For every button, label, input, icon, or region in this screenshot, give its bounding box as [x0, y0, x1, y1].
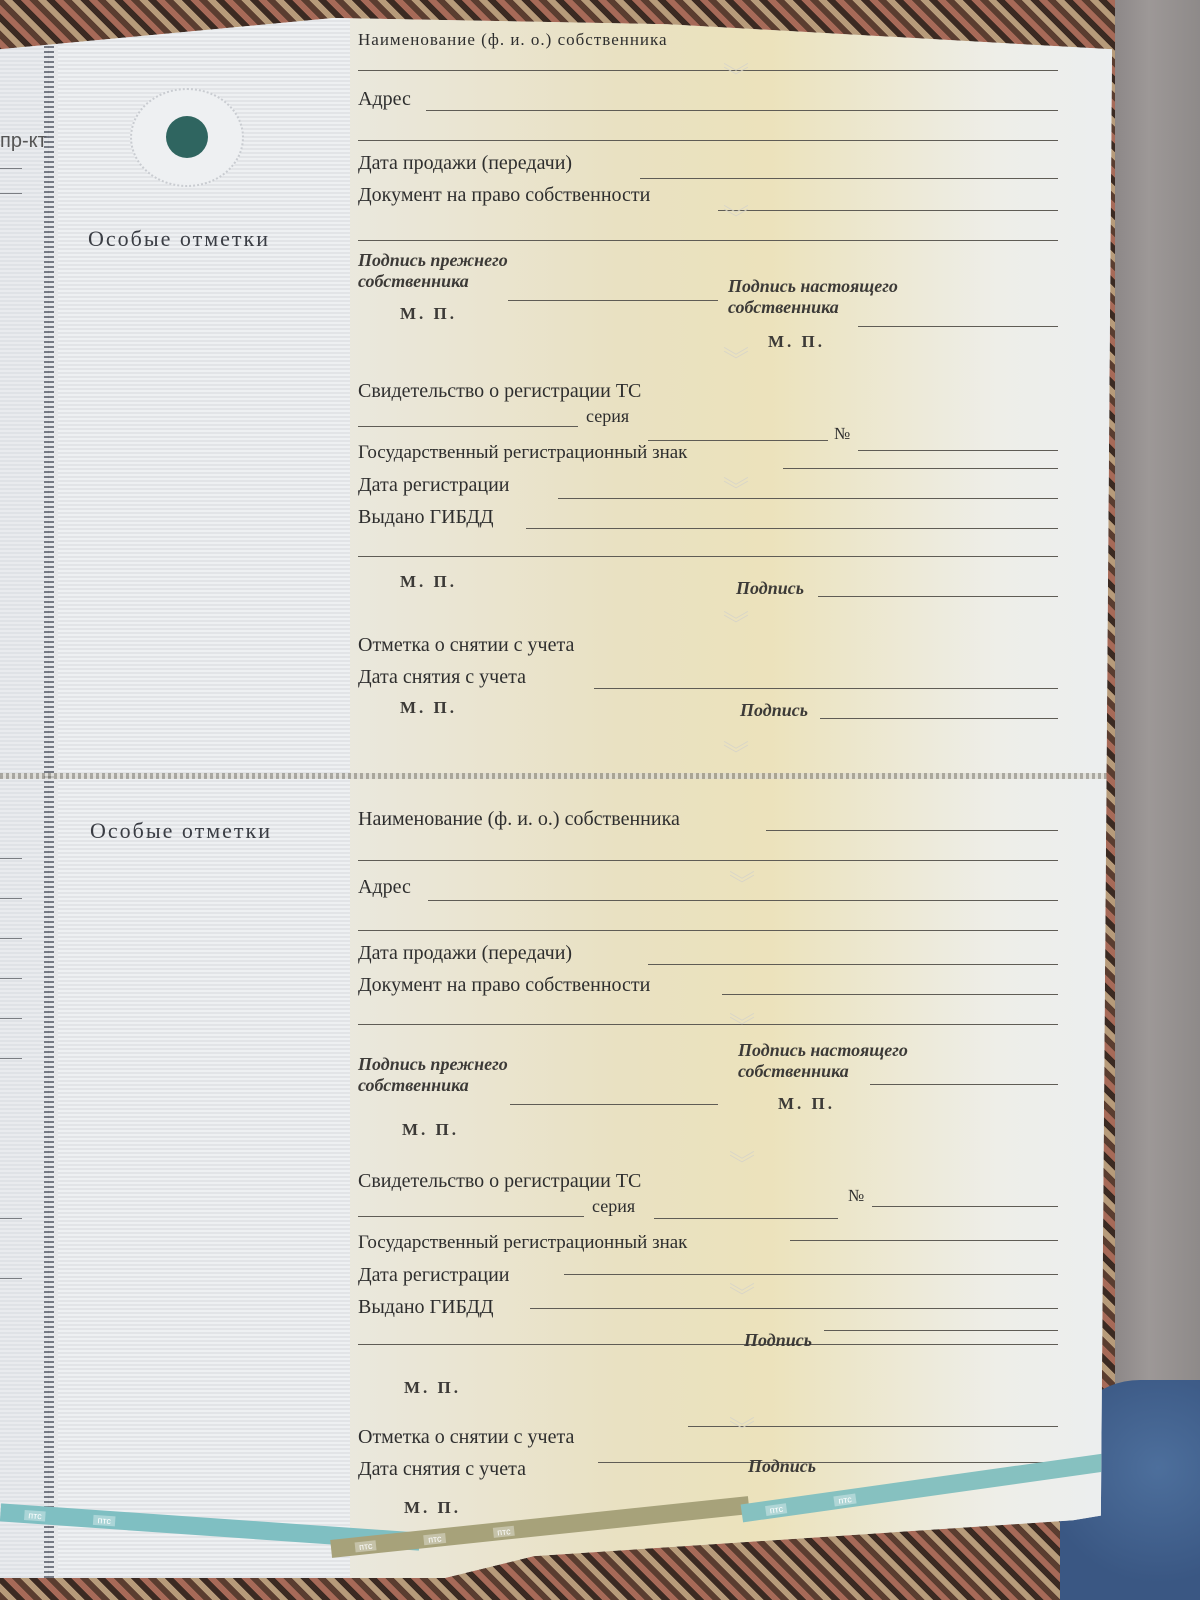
- deregistration-mark-label: Отметка о снятии с учета: [358, 1426, 574, 1448]
- deregistration-date-label: Дата снятия с учета: [358, 666, 526, 688]
- issued-by-field-2[interactable]: [358, 1344, 1058, 1345]
- signature-field[interactable]: [820, 718, 1058, 719]
- stamp-label: М. П.: [768, 332, 825, 352]
- vehicle-passport-page: пр-кт Особые отметки Особые отметки Наим…: [0, 18, 1112, 1578]
- current-owner-signature-label: Подпись настоящегособственника: [728, 276, 898, 318]
- series-field[interactable]: [654, 1218, 838, 1219]
- special-marks-label: Особые отметки: [90, 818, 272, 844]
- owner-name-label: Наименование (ф. и. о.) собственника: [358, 30, 668, 50]
- number-field[interactable]: [858, 450, 1058, 451]
- stamp-label: М. П.: [778, 1094, 835, 1114]
- sale-date-field[interactable]: [648, 964, 1058, 965]
- reg-date-label: Дата регистрации: [358, 1264, 510, 1286]
- deregistration-mark-label: Отметка о снятии с учета: [358, 634, 574, 656]
- owner-name-field[interactable]: [766, 830, 1058, 831]
- stamp-label: М. П.: [400, 304, 457, 324]
- deregistration-date-label: Дата снятия с учета: [358, 1458, 526, 1480]
- chevron-watermark-icon: ︾: [714, 1420, 770, 1442]
- chevron-watermark-icon: ︾: [708, 350, 764, 372]
- series-field[interactable]: [648, 440, 828, 441]
- owner-name-field-2[interactable]: [358, 860, 1058, 861]
- deregistration-date-field[interactable]: [594, 688, 1058, 689]
- number-field[interactable]: [872, 1206, 1058, 1207]
- stamp-label: М. П.: [404, 1378, 461, 1398]
- current-owner-signature-label: Подпись настоящегособственника: [738, 1040, 908, 1082]
- reg-date-field[interactable]: [558, 498, 1058, 499]
- number-label: №: [834, 424, 850, 443]
- ownership-document-label: Документ на право собственности: [358, 184, 650, 207]
- address-field-2[interactable]: [358, 140, 1058, 141]
- chevron-watermark-icon: ︾: [714, 874, 770, 896]
- chevron-watermark-icon: ︾: [708, 744, 764, 766]
- stamp-label: М. П.: [400, 572, 457, 592]
- chevron-watermark-icon: ︾: [708, 614, 764, 636]
- special-marks-label: Особые отметки: [88, 226, 270, 252]
- address-field[interactable]: [426, 110, 1058, 111]
- prev-owner-signature-label: Подпись прежнегособственника: [358, 1054, 508, 1096]
- chevron-watermark-icon: ︾: [714, 1286, 770, 1308]
- issued-by-field-2[interactable]: [358, 556, 1058, 557]
- chevron-watermark-icon: ︾: [708, 208, 764, 230]
- series-label: серия: [586, 406, 629, 426]
- issued-by-field[interactable]: [526, 528, 1058, 529]
- signature-field[interactable]: [818, 596, 1058, 597]
- current-owner-signature-field[interactable]: [858, 326, 1058, 327]
- wall-background: [1115, 0, 1200, 1400]
- ownership-document-field-2[interactable]: [358, 240, 1058, 241]
- state-plate-field[interactable]: [783, 468, 1058, 469]
- reg-certificate-label: Свидетельство о регистрации ТС: [358, 1170, 641, 1193]
- signature-label: Подпись: [740, 700, 808, 721]
- ownership-document-field-2[interactable]: [358, 1024, 1058, 1025]
- reg-date-label: Дата регистрации: [358, 474, 510, 496]
- address-field-2[interactable]: [358, 930, 1058, 931]
- chevron-watermark-icon: ︾: [708, 480, 764, 502]
- reg-date-field[interactable]: [564, 1274, 1058, 1275]
- ownership-document-field[interactable]: [722, 994, 1058, 995]
- chevron-watermark-icon: ︾: [708, 66, 764, 88]
- reg-certificate-label: Свидетельство о регистрации ТС: [358, 380, 641, 403]
- address-label: Адрес: [358, 88, 411, 111]
- issued-by-field[interactable]: [530, 1308, 1058, 1309]
- signature-field[interactable]: [824, 1330, 1058, 1331]
- address-label: Адрес: [358, 876, 411, 899]
- prev-owner-signature-field[interactable]: [510, 1104, 718, 1105]
- sale-date-label: Дата продажи (передачи): [358, 942, 572, 965]
- chevron-watermark-icon: ︾: [714, 1154, 770, 1176]
- special-marks-column: [58, 18, 350, 1578]
- current-owner-signature-field[interactable]: [870, 1084, 1058, 1085]
- address-field[interactable]: [428, 900, 1058, 901]
- owner-name-label: Наименование (ф. и. о.) собственника: [358, 808, 680, 831]
- prev-owner-signature-label: Подпись прежнегособственника: [358, 250, 508, 292]
- series-prefix-field[interactable]: [358, 426, 578, 427]
- spine-microtext: [44, 18, 54, 1578]
- issued-by-label: Выдано ГИБДД: [358, 506, 494, 528]
- chevron-watermark-icon: ︾: [714, 1016, 770, 1038]
- deregistration-date-field[interactable]: [598, 1462, 1058, 1463]
- signature-label: Подпись: [736, 578, 804, 599]
- series-prefix-field[interactable]: [358, 1216, 584, 1217]
- adjacent-page-edge: пр-кт: [0, 18, 49, 1578]
- prev-owner-signature-field[interactable]: [508, 300, 718, 301]
- stamp-label: М. П.: [402, 1120, 459, 1140]
- stamp-label: М. П.: [404, 1498, 461, 1518]
- fold-microtext-line: [0, 773, 1112, 779]
- issued-by-label: Выдано ГИБДД: [358, 1296, 494, 1318]
- stamp-label: М. П.: [400, 698, 457, 718]
- series-label: серия: [592, 1196, 635, 1216]
- ownership-document-field[interactable]: [718, 210, 1058, 211]
- signature-label: Подпись: [748, 1456, 816, 1477]
- ownership-document-label: Документ на право собственности: [358, 974, 650, 997]
- state-plate-label: Государственный регистрационный знак: [358, 442, 687, 463]
- handwritten-fragment: пр-кт: [0, 130, 47, 153]
- signature-label: Подпись: [744, 1330, 812, 1351]
- hologram-seal-icon: [130, 88, 244, 187]
- number-label: №: [848, 1186, 864, 1205]
- state-plate-field[interactable]: [790, 1240, 1058, 1241]
- state-plate-label: Государственный регистрационный знак: [358, 1232, 687, 1253]
- sale-date-field[interactable]: [640, 178, 1058, 179]
- sale-date-label: Дата продажи (передачи): [358, 152, 572, 175]
